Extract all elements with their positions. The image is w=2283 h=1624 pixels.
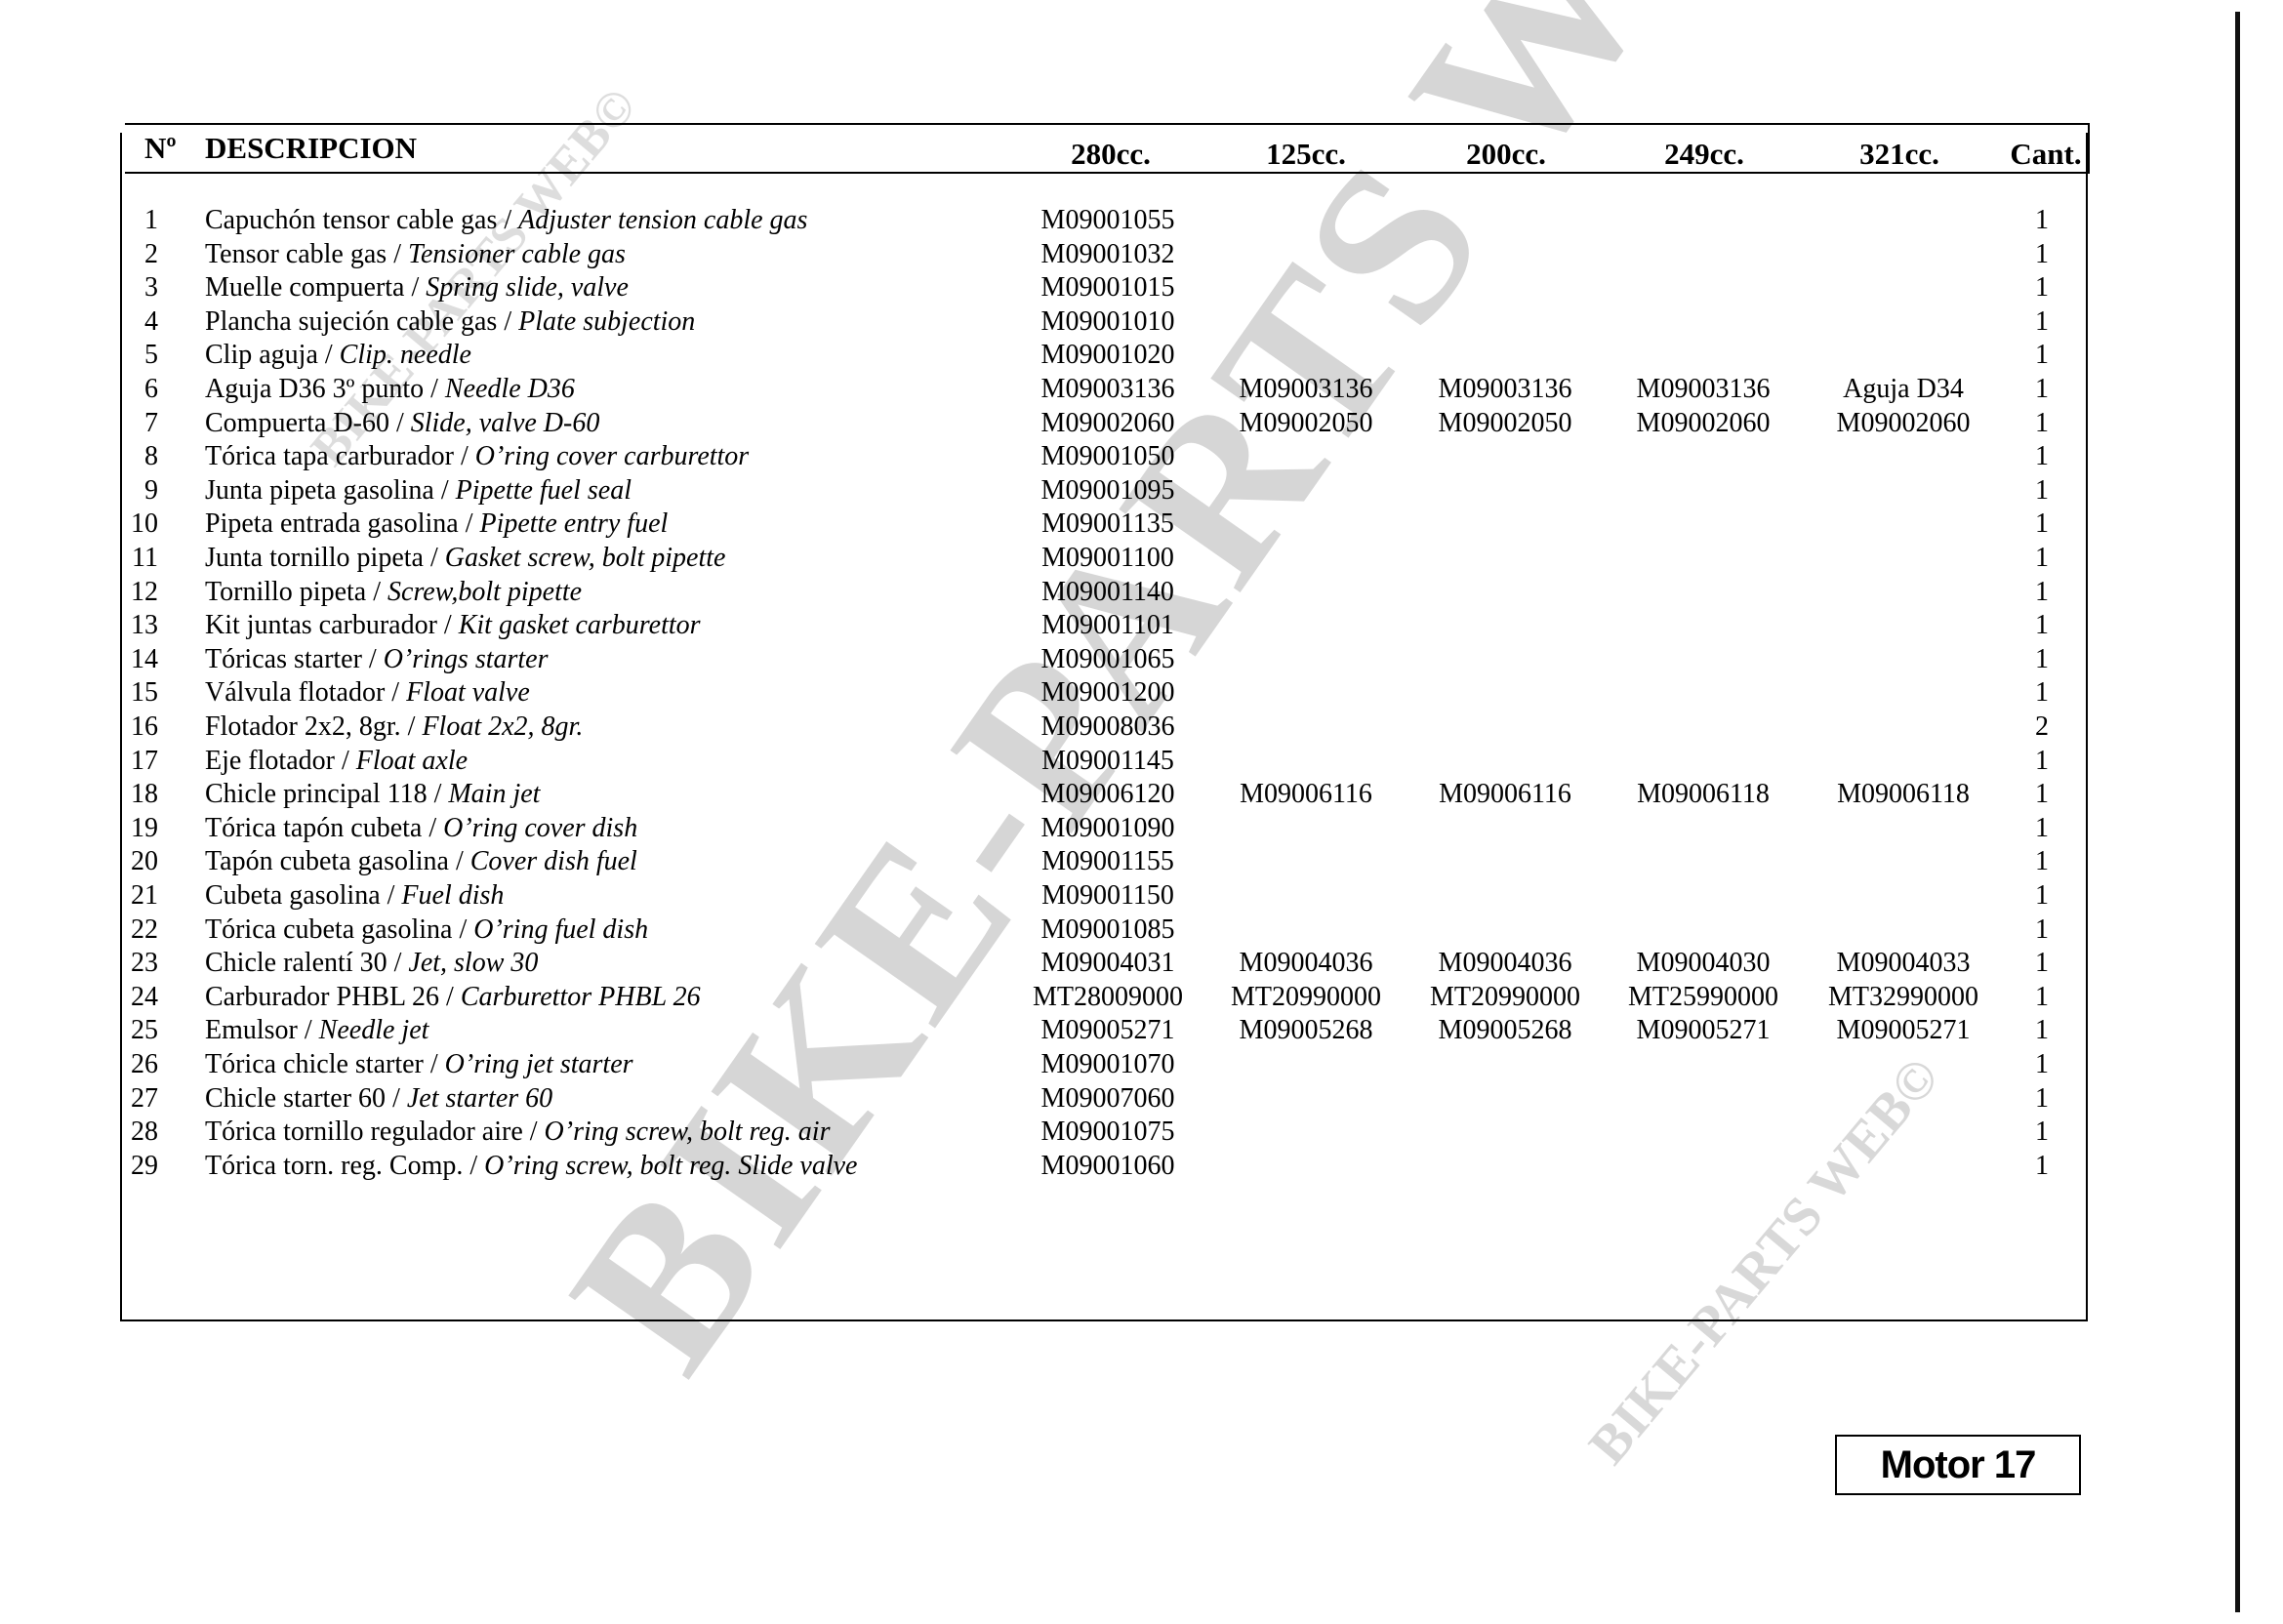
description-english: Cover dish fuel [470,846,637,876]
header-200cc: 200cc. [1466,137,1546,172]
part-code-280cc: M09001155 [1041,846,1174,877]
item-description: Tapón cubeta gasolina / Cover dish fuel [205,846,637,877]
description-english: Fuel dish [401,880,504,911]
item-number: 12 [119,577,158,608]
item-number: 14 [119,644,158,675]
description-separator: / [424,1049,445,1079]
description-spanish: Junta pipeta gasolina [205,475,434,506]
description-separator: / [449,846,470,876]
part-code-280cc: M09001145 [1041,746,1174,777]
item-quantity: 1 [2035,1116,2049,1148]
description-spanish: Plancha sujeción cable gas [205,306,497,337]
part-code-321cc: M09005271 [1837,1015,1971,1046]
item-description: Emulsor / Needle jet [205,1015,428,1046]
item-number: 17 [119,746,158,777]
header-description: DESCRIPCION [205,131,417,166]
item-quantity: 1 [2035,1015,2049,1046]
item-number: 16 [119,711,158,743]
part-code-125cc: M09004036 [1240,948,1373,979]
item-number: 3 [119,272,158,304]
description-english: Screw,bolt pipette [387,577,582,607]
part-code-280cc: M09006120 [1041,779,1175,810]
item-number: 13 [119,610,158,641]
item-number: 22 [119,914,158,946]
item-quantity: 1 [2035,746,2049,777]
item-quantity: 1 [2035,543,2049,574]
part-code-280cc: M09007060 [1041,1083,1175,1115]
item-quantity: 1 [2035,374,2049,405]
description-english: Pipette fuel seal [456,475,632,506]
description-separator: / [362,644,384,674]
item-quantity: 1 [2035,677,2049,709]
description-english: O’ring screw, bolt reg. air [545,1116,831,1147]
item-quantity: 1 [2035,1049,2049,1080]
page-edge-line [2235,12,2240,1612]
description-english: Pipette entry fuel [479,508,668,539]
description-spanish: Tórica tornillo regulador aire [205,1116,523,1147]
item-number: 28 [119,1116,158,1148]
description-spanish: Eje flotador [205,746,335,776]
description-english: Spring slide, valve [426,272,629,303]
item-description: Aguja D36 3º punto / Needle D36 [205,374,575,405]
description-separator: / [463,1151,484,1181]
item-quantity: 1 [2035,813,2049,844]
item-number: 2 [119,239,158,270]
description-separator: / [366,577,387,607]
description-separator: / [401,711,423,742]
description-english: O’ring fuel dish [473,914,648,945]
description-english: O’ring cover carburettor [475,441,749,471]
part-code-280cc: M09001200 [1041,677,1175,709]
part-code-280cc: M09001010 [1041,306,1175,338]
description-spanish: Capuchón tensor cable gas [205,205,497,235]
part-code-280cc: M09004031 [1041,948,1175,979]
part-code-125cc: M09005268 [1240,1015,1373,1046]
part-code-280cc: M09001065 [1041,644,1175,675]
description-separator: / [318,340,340,370]
description-spanish: Tensor cable gas [205,239,387,269]
description-spanish: Muelle compuerta [205,272,404,303]
part-code-200cc: M09004036 [1439,948,1572,979]
description-separator: / [439,982,461,1012]
item-quantity: 1 [2035,508,2049,540]
part-code-321cc: MT32990000 [1828,982,1978,1013]
item-description: Chicle starter 60 / Jet starter 60 [205,1083,552,1115]
description-separator: / [381,880,402,911]
table-header: Nº DESCRIPCION 280cc. 125cc. 200cc. 249c… [125,123,2090,174]
part-code-280cc: M09001055 [1041,205,1175,236]
item-quantity: 1 [2035,948,2049,979]
item-number: 27 [119,1083,158,1115]
item-quantity: 2 [2035,711,2049,743]
section-label-box: Motor 17 [1835,1435,2081,1495]
part-code-200cc: M09006116 [1439,779,1571,810]
item-quantity: 1 [2035,441,2049,472]
part-code-200cc: M09005268 [1439,1015,1572,1046]
description-english: Jet, slow 30 [408,948,538,978]
item-description: Junta pipeta gasolina / Pipette fuel sea… [205,475,632,507]
item-number: 26 [119,1049,158,1080]
item-number: 4 [119,306,158,338]
part-code-280cc: M09001140 [1041,577,1174,608]
description-separator: / [497,205,518,235]
item-number: 20 [119,846,158,877]
part-code-280cc: M09001020 [1041,340,1175,371]
item-description: Tóricas starter / O’rings starter [205,644,549,675]
item-quantity: 1 [2035,610,2049,641]
item-number: 6 [119,374,158,405]
header-125cc: 125cc. [1266,137,1346,172]
part-code-200cc: MT20990000 [1430,982,1580,1013]
item-quantity: 1 [2035,475,2049,507]
item-number: 5 [119,340,158,371]
item-description: Tórica torn. reg. Comp. / O’ring screw, … [205,1151,857,1182]
item-description: Capuchón tensor cable gas / Adjuster ten… [205,205,807,236]
description-separator: / [298,1015,319,1045]
item-description: Tórica cubeta gasolina / O’ring fuel dis… [205,914,648,946]
part-code-280cc: M09001150 [1041,880,1174,912]
item-quantity: 1 [2035,239,2049,270]
item-description: Válvula flotador / Float valve [205,677,530,709]
description-english: O’ring screw, bolt reg. Slide valve [484,1151,857,1181]
part-code-249cc: M09006118 [1637,779,1770,810]
description-english: Float valve [406,677,530,708]
item-number: 24 [119,982,158,1013]
part-code-249cc: MT25990000 [1628,982,1778,1013]
part-code-249cc: M09004030 [1637,948,1771,979]
item-quantity: 1 [2035,982,2049,1013]
header-number: Nº [144,131,177,166]
item-number: 8 [119,441,158,472]
description-english: Kit gasket carburettor [459,610,701,640]
item-quantity: 1 [2035,205,2049,236]
part-code-280cc: M09001100 [1041,543,1174,574]
part-code-125cc: M09006116 [1240,779,1372,810]
item-quantity: 1 [2035,846,2049,877]
item-description: Clip aguja / Clip. needle [205,340,471,371]
part-code-280cc: M09001015 [1041,272,1175,304]
item-quantity: 1 [2035,306,2049,338]
description-english: Needle D36 [445,374,575,404]
part-code-280cc: M09001101 [1041,610,1174,641]
part-code-249cc: M09002060 [1637,408,1771,439]
description-separator: / [386,1083,407,1114]
item-description: Chicle ralentí 30 / Jet, slow 30 [205,948,538,979]
description-english: Plate subjection [518,306,695,337]
item-description: Tórica tapa carburador / O’ring cover ca… [205,441,749,472]
description-spanish: Chicle ralentí 30 [205,948,387,978]
item-description: Cubeta gasolina / Fuel dish [205,880,504,912]
part-code-280cc: M09001095 [1041,475,1175,507]
item-description: Tornillo pipeta / Screw,bolt pipette [205,577,582,608]
part-code-200cc: M09003136 [1439,374,1572,405]
description-spanish: Clip aguja [205,340,318,370]
description-spanish: Cubeta gasolina [205,880,381,911]
description-spanish: Compuerta D-60 [205,408,389,438]
description-spanish: Tórica torn. reg. Comp. [205,1151,463,1181]
part-code-280cc: M09002060 [1041,408,1175,439]
part-code-280cc: M09001070 [1041,1049,1175,1080]
description-separator: / [389,408,411,438]
item-number: 21 [119,880,158,912]
part-code-280cc: M09001032 [1041,239,1175,270]
description-separator: / [434,475,456,506]
description-separator: / [459,508,480,539]
item-number: 9 [119,475,158,507]
description-separator: / [424,543,445,573]
part-code-280cc: M09001060 [1041,1151,1175,1182]
item-description: Flotador 2x2, 8gr. / Float 2x2, 8gr. [205,711,583,743]
description-spanish: Tórica chicle starter [205,1049,424,1079]
header-249cc: 249cc. [1664,137,1744,172]
description-english: O’ring cover dish [443,813,637,843]
item-number: 10 [119,508,158,540]
description-separator: / [428,779,449,809]
description-english: Jet starter 60 [407,1083,552,1114]
item-quantity: 1 [2035,644,2049,675]
item-description: Chicle principal 118 / Main jet [205,779,540,810]
item-description: Plancha sujeción cable gas / Plate subje… [205,306,695,338]
item-quantity: 1 [2035,914,2049,946]
item-description: Tórica chicle starter / O’ring jet start… [205,1049,633,1080]
description-spanish: Pipeta entrada gasolina [205,508,459,539]
part-code-249cc: M09003136 [1637,374,1771,405]
item-number: 23 [119,948,158,979]
description-spanish: Flotador 2x2, 8gr. [205,711,401,742]
description-spanish: Chicle principal 118 [205,779,428,809]
item-number: 19 [119,813,158,844]
description-spanish: Tapón cubeta gasolina [205,846,449,876]
item-number: 25 [119,1015,158,1046]
item-quantity: 1 [2035,779,2049,810]
description-separator: / [385,677,406,708]
description-english: Tensioner cable gas [408,239,626,269]
description-separator: / [497,306,518,337]
description-english: Float 2x2, 8gr. [422,711,583,742]
description-separator: / [454,441,475,471]
description-english: O’rings starter [384,644,549,674]
item-description: Tórica tornillo regulador aire / O’ring … [205,1116,830,1148]
description-separator: / [452,914,473,945]
description-spanish: Carburador PHBL 26 [205,982,439,1012]
description-spanish: Tórica tapa carburador [205,441,454,471]
item-quantity: 1 [2035,880,2049,912]
item-quantity: 1 [2035,1083,2049,1115]
item-number: 1 [119,205,158,236]
description-separator: / [335,746,356,776]
description-spanish: Tórica cubeta gasolina [205,914,452,945]
item-description: Muelle compuerta / Spring slide, valve [205,272,629,304]
item-number: 7 [119,408,158,439]
description-english: Carburettor PHBL 26 [461,982,701,1012]
description-separator: / [404,272,426,303]
description-english: Clip. needle [340,340,471,370]
part-code-321cc: M09002060 [1837,408,1971,439]
item-number: 15 [119,677,158,709]
description-english: Slide, valve D-60 [411,408,600,438]
item-description: Pipeta entrada gasolina / Pipette entry … [205,508,668,540]
description-english: Main jet [448,779,540,809]
part-code-280cc: M09001085 [1041,914,1175,946]
part-code-280cc: M09001090 [1041,813,1175,844]
item-number: 29 [119,1151,158,1182]
item-description: Compuerta D-60 / Slide, valve D-60 [205,408,599,439]
part-code-321cc: Aguja D34 [1843,374,1964,405]
description-separator: / [523,1116,545,1147]
part-code-200cc: M09002050 [1439,408,1572,439]
part-code-125cc: M09002050 [1240,408,1373,439]
description-english: Float axle [356,746,468,776]
part-code-280cc: M09003136 [1041,374,1175,405]
description-english: O’ring jet starter [445,1049,633,1079]
item-quantity: 1 [2035,1151,2049,1182]
description-english: Adjuster tension cable gas [518,205,807,235]
description-spanish: Tórica tapón cubeta [205,813,422,843]
item-description: Junta tornillo pipeta / Gasket screw, bo… [205,543,725,574]
header-quantity: Cant. [2010,137,2081,172]
part-code-280cc: M09001050 [1041,441,1175,472]
item-description: Carburador PHBL 26 / Carburettor PHBL 26 [205,982,701,1013]
part-code-125cc: MT20990000 [1231,982,1381,1013]
part-code-321cc: M09006118 [1837,779,1970,810]
description-spanish: Aguja D36 3º punto [205,374,424,404]
part-code-280cc: MT28009000 [1033,982,1183,1013]
description-english: Needle jet [319,1015,429,1045]
description-spanish: Tóricas starter [205,644,362,674]
item-quantity: 1 [2035,272,2049,304]
part-code-249cc: M09005271 [1637,1015,1771,1046]
description-spanish: Kit juntas carburador [205,610,437,640]
description-separator: / [387,948,409,978]
description-spanish: Válvula flotador [205,677,385,708]
section-label: Motor 17 [1881,1443,2036,1486]
description-spanish: Chicle starter 60 [205,1083,386,1114]
description-spanish: Junta tornillo pipeta [205,543,424,573]
part-code-280cc: M09001075 [1041,1116,1175,1148]
description-spanish: Emulsor [205,1015,298,1045]
description-separator: / [424,374,445,404]
item-description: Kit juntas carburador / Kit gasket carbu… [205,610,701,641]
part-code-280cc: M09001135 [1041,508,1174,540]
part-code-280cc: M09005271 [1041,1015,1175,1046]
description-separator: / [422,813,443,843]
item-quantity: 1 [2035,408,2049,439]
part-code-125cc: M09003136 [1240,374,1373,405]
description-spanish: Tornillo pipeta [205,577,366,607]
description-separator: / [437,610,459,640]
description-english: Gasket screw, bolt pipette [445,543,726,573]
description-separator: / [387,239,408,269]
header-321cc: 321cc. [1859,137,1939,172]
item-description: Tórica tapón cubeta / O’ring cover dish [205,813,637,844]
header-280cc: 280cc. [1071,137,1151,172]
part-code-280cc: M09008036 [1041,711,1175,743]
item-quantity: 1 [2035,577,2049,608]
item-description: Eje flotador / Float axle [205,746,468,777]
item-number: 11 [119,543,158,574]
part-code-321cc: M09004033 [1837,948,1971,979]
item-description: Tensor cable gas / Tensioner cable gas [205,239,626,270]
item-number: 18 [119,779,158,810]
item-quantity: 1 [2035,340,2049,371]
